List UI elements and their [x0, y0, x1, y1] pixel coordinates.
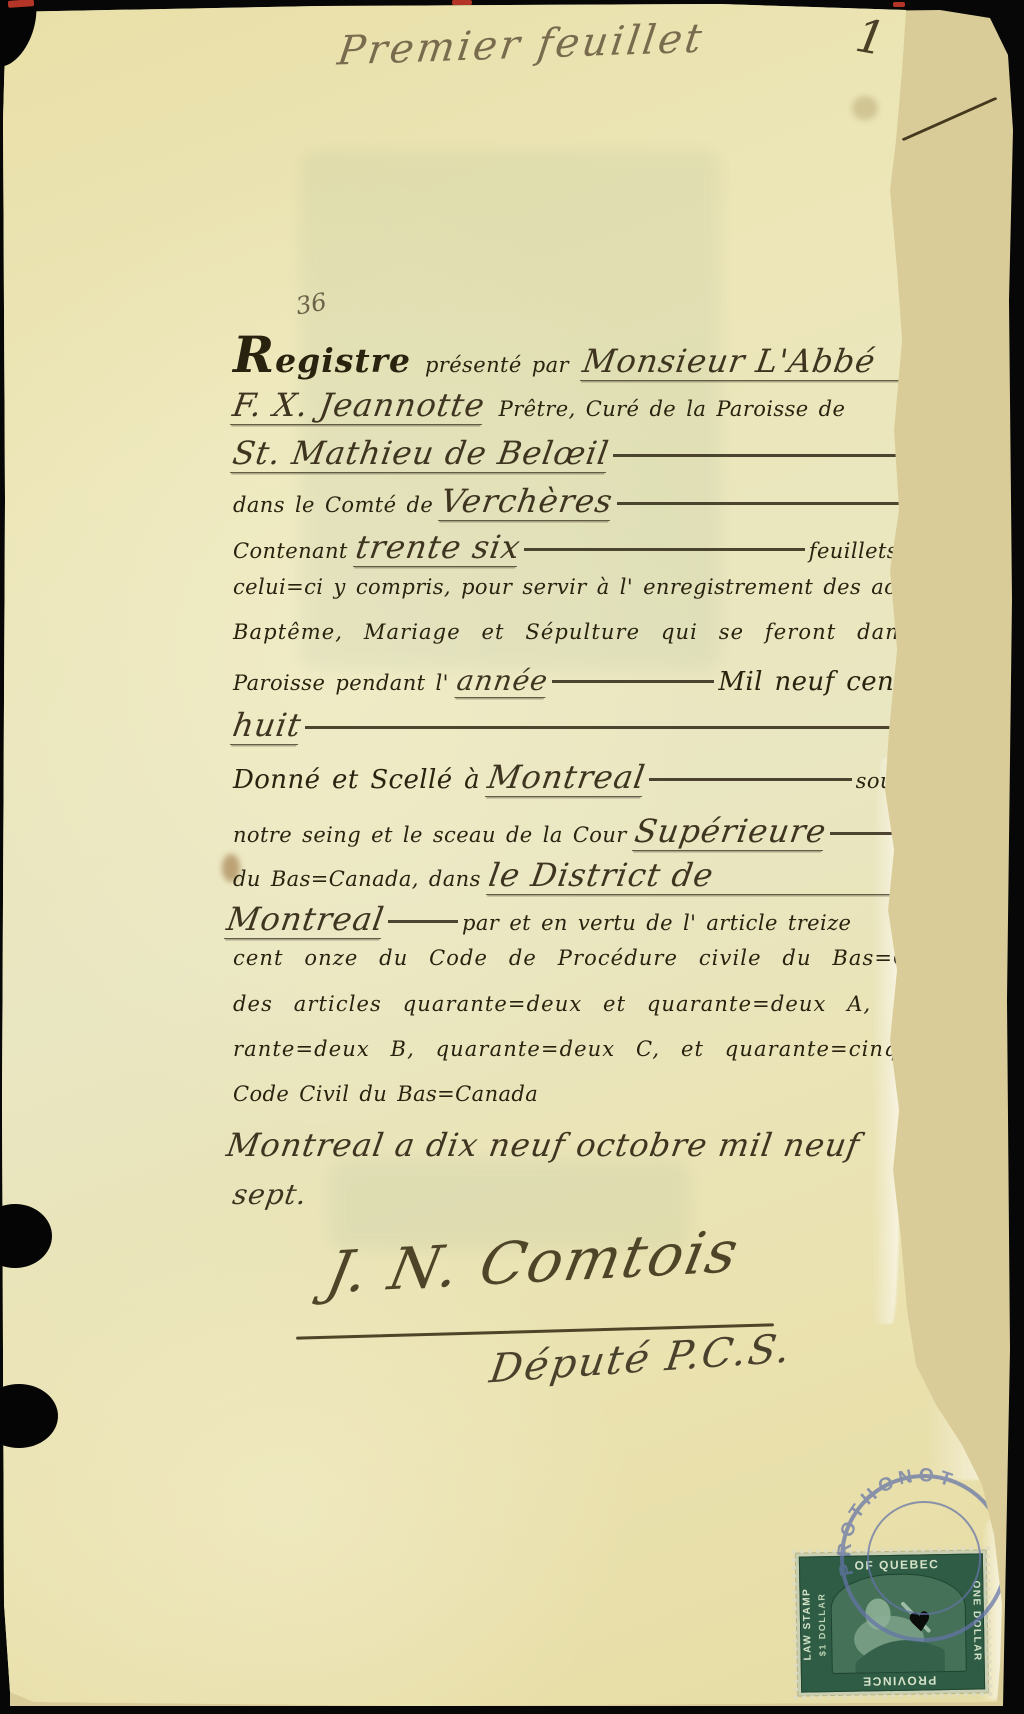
form-line-7: Baptême, Mariage et Sépulture qui se fer… — [233, 620, 905, 666]
written-entry: huit — [230, 706, 304, 745]
written-date: Montreal a dix neuf octobre mil neuf — [224, 1126, 863, 1164]
written-entry: St. Mathieu de Belœil — [230, 434, 612, 473]
written-date: sept. — [230, 1178, 309, 1211]
written-entry: le District de — [486, 856, 908, 895]
printed-text: par et en vertu de l' article treize — [462, 911, 851, 935]
red-edge-mark — [893, 2, 905, 7]
form-line-16: rante=deux B, quarante=deux C, et quaran… — [233, 1037, 905, 1083]
form-line-10: Donné et Scellé à Montreal sous — [233, 758, 905, 804]
written-entry: Montreal — [485, 758, 648, 797]
printed-text: celui=ci y compris, pour servir à l' enr… — [233, 575, 966, 599]
form-text: Registre présenté par Monsieur L'Abbé F.… — [233, 0, 905, 1714]
stamp-left-label: LAW STAMP — [801, 1563, 817, 1685]
pen-stroke — [524, 548, 805, 551]
pen-stroke — [649, 778, 852, 781]
pen-stroke — [617, 502, 901, 505]
form-line-18: Montreal a dix neuf octobre mil neuf — [233, 1126, 905, 1172]
printed-text: notre seing et le sceau de la Cour — [233, 823, 627, 847]
pen-stroke — [613, 454, 901, 457]
form-line-11: notre seing et le sceau de la Cour Supér… — [233, 812, 905, 858]
red-edge-mark — [452, 0, 472, 5]
document-page: Premier feuillet 1 36 Registre présenté … — [0, 0, 1024, 1714]
printed-text: dans le Comté de — [233, 493, 433, 517]
form-line-17: Code Civil du Bas=Canada — [233, 1082, 905, 1128]
form-line-14: cent onze du Code de Procédure civile du… — [233, 946, 905, 992]
scanned-register-page: Premier feuillet 1 36 Registre présenté … — [0, 0, 1024, 1714]
printed-text: feuillets, — [809, 539, 905, 563]
form-line-12: du Bas=Canada, dans le District de — [233, 856, 905, 902]
form-line-8: Paroisse pendant l' année Mil neuf cent — [233, 664, 905, 710]
printed-text: des articles quarante=deux et quarante=d… — [233, 992, 954, 1016]
printed-text: Paroisse pendant l' — [233, 671, 449, 695]
stamp-bottom-label: PROVINCE — [832, 1673, 966, 1689]
printed-text: du Bas=Canada, dans — [233, 867, 481, 891]
form-line-6: celui=ci y compris, pour servir à l' enr… — [233, 575, 905, 621]
written-entry: Verchères — [438, 482, 616, 521]
form-line-13: Montreal par et en vertu de l' article t… — [233, 900, 905, 946]
pen-stroke — [305, 726, 901, 729]
form-line-5: Contenant trente six feuillets, — [233, 528, 905, 574]
written-entry: Supérieure — [632, 812, 829, 851]
written-entry: trente six — [353, 528, 524, 567]
form-line-4: dans le Comté de Verchères — [233, 482, 905, 528]
printed-text: Code Civil du Bas=Canada — [233, 1082, 538, 1106]
form-line-1: Registre présenté par Monsieur L'Abbé — [233, 326, 905, 372]
pen-stroke — [388, 920, 458, 923]
form-line-19: sept. — [233, 1178, 905, 1224]
written-entry: Monsieur L'Abbé — [580, 342, 908, 381]
written-entry: année — [454, 664, 550, 698]
pen-stroke — [552, 680, 715, 683]
printed-text: Mil neuf cent — [718, 667, 905, 697]
printed-text: Prêtre, Curé de la Paroisse de — [499, 397, 905, 421]
form-line-9: huit — [233, 706, 905, 752]
printed-text: Donné et Scellé à — [233, 765, 480, 795]
pen-stroke — [830, 832, 901, 835]
written-entry: F. X. Jeannotte — [230, 386, 488, 425]
form-line-3: St. Mathieu de Belœil — [233, 434, 905, 480]
printed-text: rante=deux B, quarante=deux C, et quaran… — [233, 1037, 949, 1061]
written-entry: Montreal — [224, 900, 387, 939]
form-line-2: F. X. Jeannotte Prêtre, Curé de la Paroi… — [233, 386, 905, 432]
printed-text: Contenant — [233, 539, 348, 563]
printed-text: présenté par — [425, 353, 569, 377]
printed-registre: Registre — [233, 326, 411, 384]
form-line-15: des articles quarante=deux et quarante=d… — [233, 992, 905, 1038]
